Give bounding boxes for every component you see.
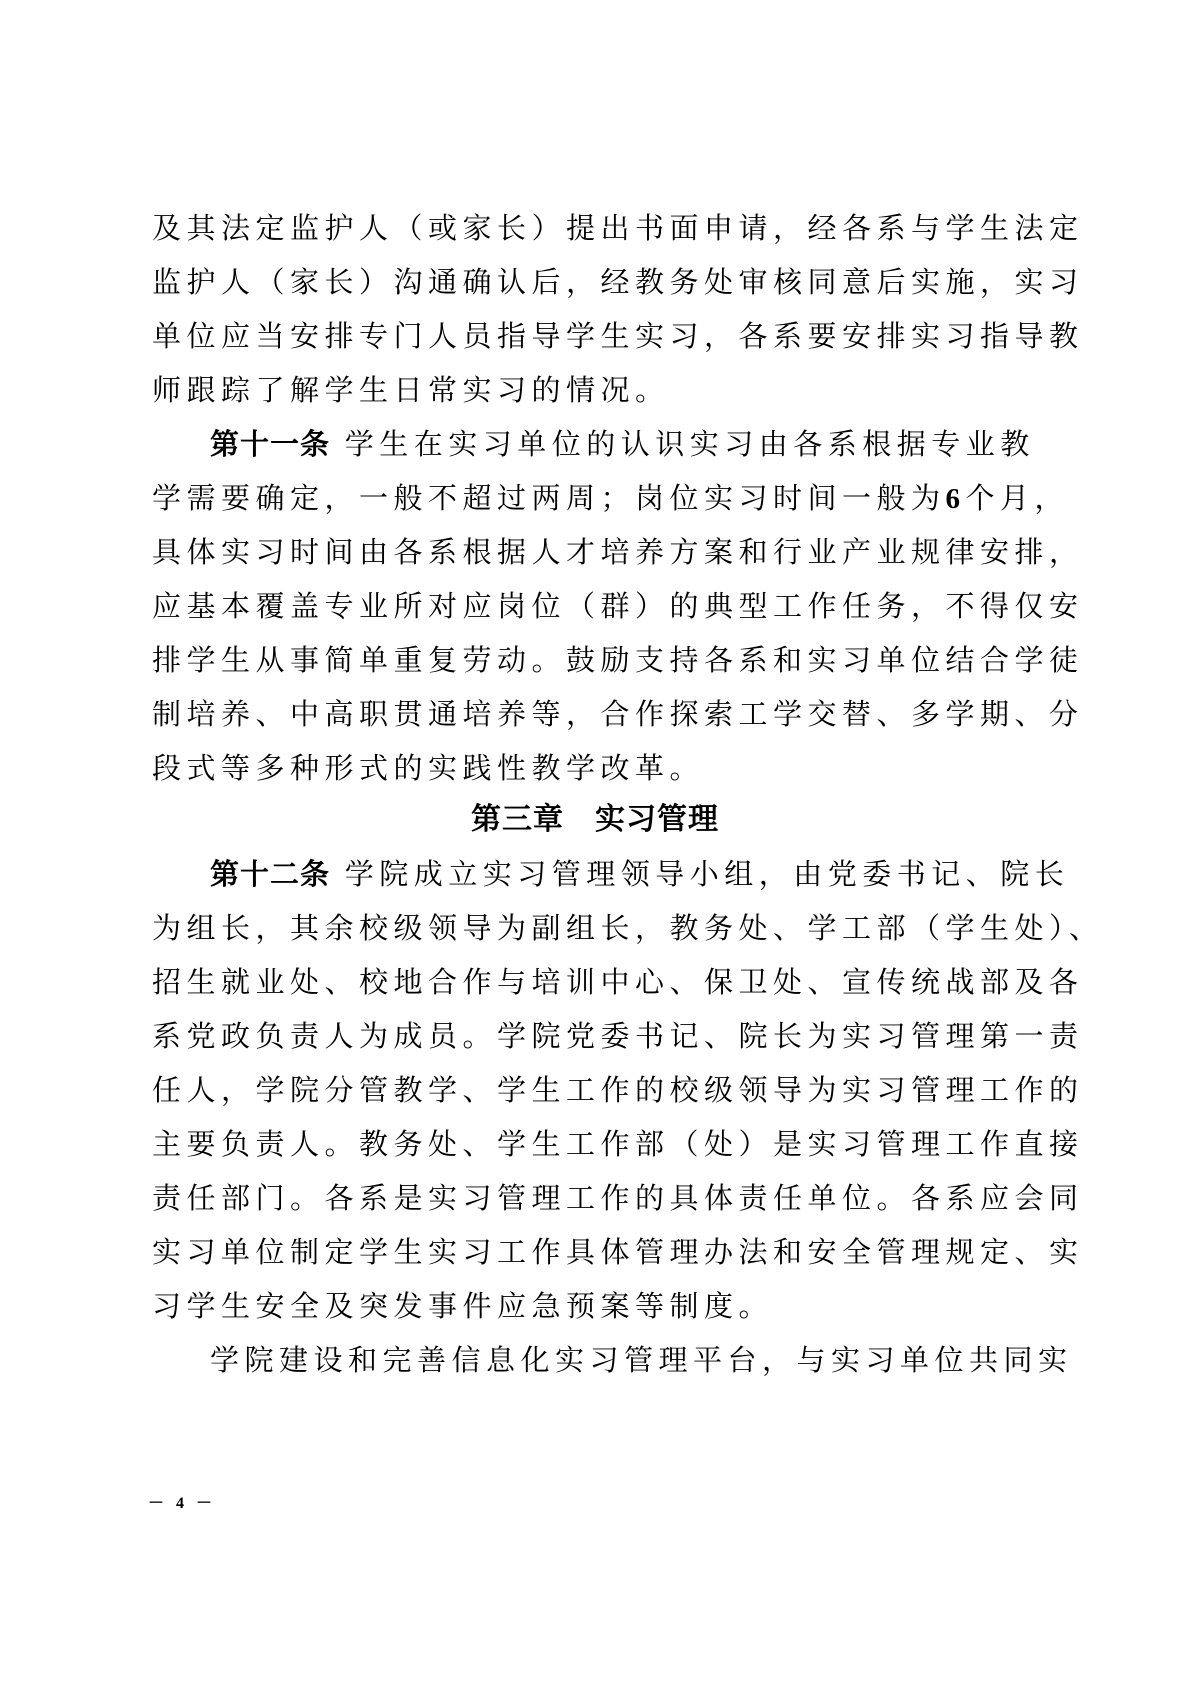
- article-11-text: 学生在实习单位的认识实习由各系根据专业教: [345, 427, 1035, 461]
- text-line: 学院建设和完善信息化实习管理平台，与实习单位共同实: [210, 1333, 972, 1387]
- text-line: 主要负责人。教务处、学生工作部（处）是实习管理工作直接: [152, 1117, 972, 1171]
- text-line: 及其法定监护人（或家长）提出书面申请，经各系与学生法定: [152, 201, 972, 255]
- article-12-first-line: 第十二条 学院成立实习管理领导小组，由党委书记、院长: [210, 847, 972, 901]
- text-line: 招生就业处、校地合作与培训中心、保卫处、宣传统战部及各: [152, 955, 972, 1009]
- text-line: 系党政负责人为成员。学院党委书记、院长为实习管理第一责: [152, 1009, 972, 1063]
- text-line: 习学生安全及突发事件应急预案等制度。: [152, 1279, 972, 1333]
- article-11-label: 第十一条: [210, 427, 330, 461]
- text-segment: 个月，: [966, 481, 1070, 515]
- text-line: 单位应当安排专门人员指导学生实习，各系要安排实习指导教: [152, 309, 972, 363]
- article-11-first-line: 第十一条 学生在实习单位的认识实习由各系根据专业教: [210, 417, 972, 471]
- text-line: 应基本覆盖专业所对应岗位（群）的典型工作任务，不得仅安: [152, 579, 972, 633]
- text-line: 排学生从事简单重复劳动。鼓励支持各系和实习单位结合学徒: [152, 633, 972, 687]
- article-12-text: 学院成立实习管理领导小组，由党委书记、院长: [345, 857, 1070, 891]
- text-line: 监护人（家长）沟通确认后，经教务处审核同意后实施，实习: [152, 255, 972, 309]
- text-line: 任人，学院分管教学、学生工作的校级领导为实习管理工作的: [152, 1063, 972, 1117]
- text-line: 为组长，其余校级领导为副组长，教务处、学工部（学生处）、: [152, 901, 972, 955]
- text-line: 段式等多种形式的实践性教学改革。: [152, 741, 972, 795]
- text-line: 责任部门。各系是实习管理工作的具体责任单位。各系应会同: [152, 1171, 972, 1225]
- chapter-heading: 第三章 实习管理: [0, 793, 1190, 847]
- article-12-label: 第十二条: [210, 857, 330, 891]
- page-number: － 4 －: [148, 1490, 216, 1513]
- number-six: 6: [946, 483, 966, 515]
- text-line: 具体实习时间由各系根据人才培养方案和行业产业规律安排，: [152, 525, 972, 579]
- text-line: 师跟踪了解学生日常实习的情况。: [152, 363, 972, 417]
- text-line: 学需要确定，一般不超过两周；岗位实习时间一般为6个月，: [152, 471, 972, 525]
- text-line: 实习单位制定学生实习工作具体管理办法和安全管理规定、实: [152, 1225, 972, 1279]
- text-line: 制培养、中高职贯通培养等，合作探索工学交替、多学期、分: [152, 687, 972, 741]
- text-segment: 学需要确定，一般不超过两周；岗位实习时间一般为: [152, 481, 946, 515]
- document-page: 及其法定监护人（或家长）提出书面申请，经各系与学生法定 监护人（家长）沟通确认后…: [0, 0, 1190, 1683]
